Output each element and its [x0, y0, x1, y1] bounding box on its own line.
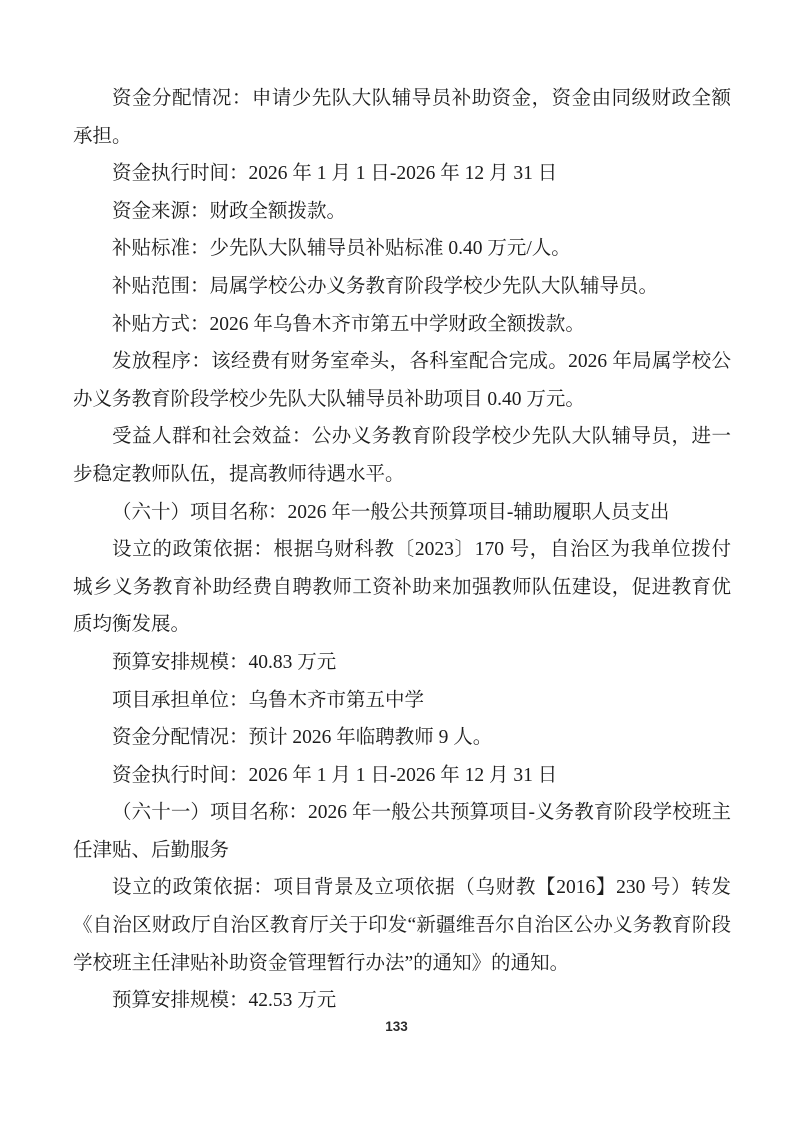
paragraph: 资金来源：财政全额拨款。 — [73, 193, 731, 231]
paragraph: 预算安排规模：42.53 万元 — [73, 982, 731, 1020]
paragraph: 设立的政策依据：根据乌财科教〔2023〕170 号，自治区为我单位拨付城乡义务教… — [73, 531, 731, 644]
paragraph: 设立的政策依据：项目背景及立项依据（乌财教【2016】230 号）转发《自治区财… — [73, 869, 731, 982]
paragraph: （六十）项目名称：2026 年一般公共预算项目-辅助履职人员支出 — [73, 494, 731, 532]
paragraph: （六十一）项目名称：2026 年一般公共预算项目-义务教育阶段学校班主任津贴、后… — [73, 794, 731, 869]
paragraph: 项目承担单位：乌鲁木齐市第五中学 — [73, 682, 731, 720]
paragraph: 资金执行时间：2026 年 1 月 1 日-2026 年 12 月 31 日 — [73, 757, 731, 795]
document-body: 资金分配情况：申请少先队大队辅导员补助资金，资金由同级财政全额承担。资金执行时间… — [73, 80, 731, 1020]
paragraph: 发放程序：该经费有财务室牵头，各科室配合完成。2026 年局属学校公办义务教育阶… — [73, 343, 731, 418]
paragraph: 资金分配情况：预计 2026 年临聘教师 9 人。 — [73, 719, 731, 757]
paragraph: 补贴方式：2026 年乌鲁木齐市第五中学财政全额拨款。 — [73, 306, 731, 344]
paragraph: 资金执行时间：2026 年 1 月 1 日-2026 年 12 月 31 日 — [73, 155, 731, 193]
paragraph: 补贴范围：局属学校公办义务教育阶段学校少先队大队辅导员。 — [73, 268, 731, 306]
paragraph: 受益人群和社会效益：公办义务教育阶段学校少先队大队辅导员，进一步稳定教师队伍，提… — [73, 418, 731, 493]
paragraph: 资金分配情况：申请少先队大队辅导员补助资金，资金由同级财政全额承担。 — [73, 80, 731, 155]
document-page: 资金分配情况：申请少先队大队辅导员补助资金，资金由同级财政全额承担。资金执行时间… — [0, 0, 793, 1122]
paragraph: 预算安排规模：40.83 万元 — [73, 644, 731, 682]
paragraph: 补贴标准：少先队大队辅导员补贴标准 0.40 万元/人。 — [73, 230, 731, 268]
page-number: 133 — [0, 1019, 793, 1034]
